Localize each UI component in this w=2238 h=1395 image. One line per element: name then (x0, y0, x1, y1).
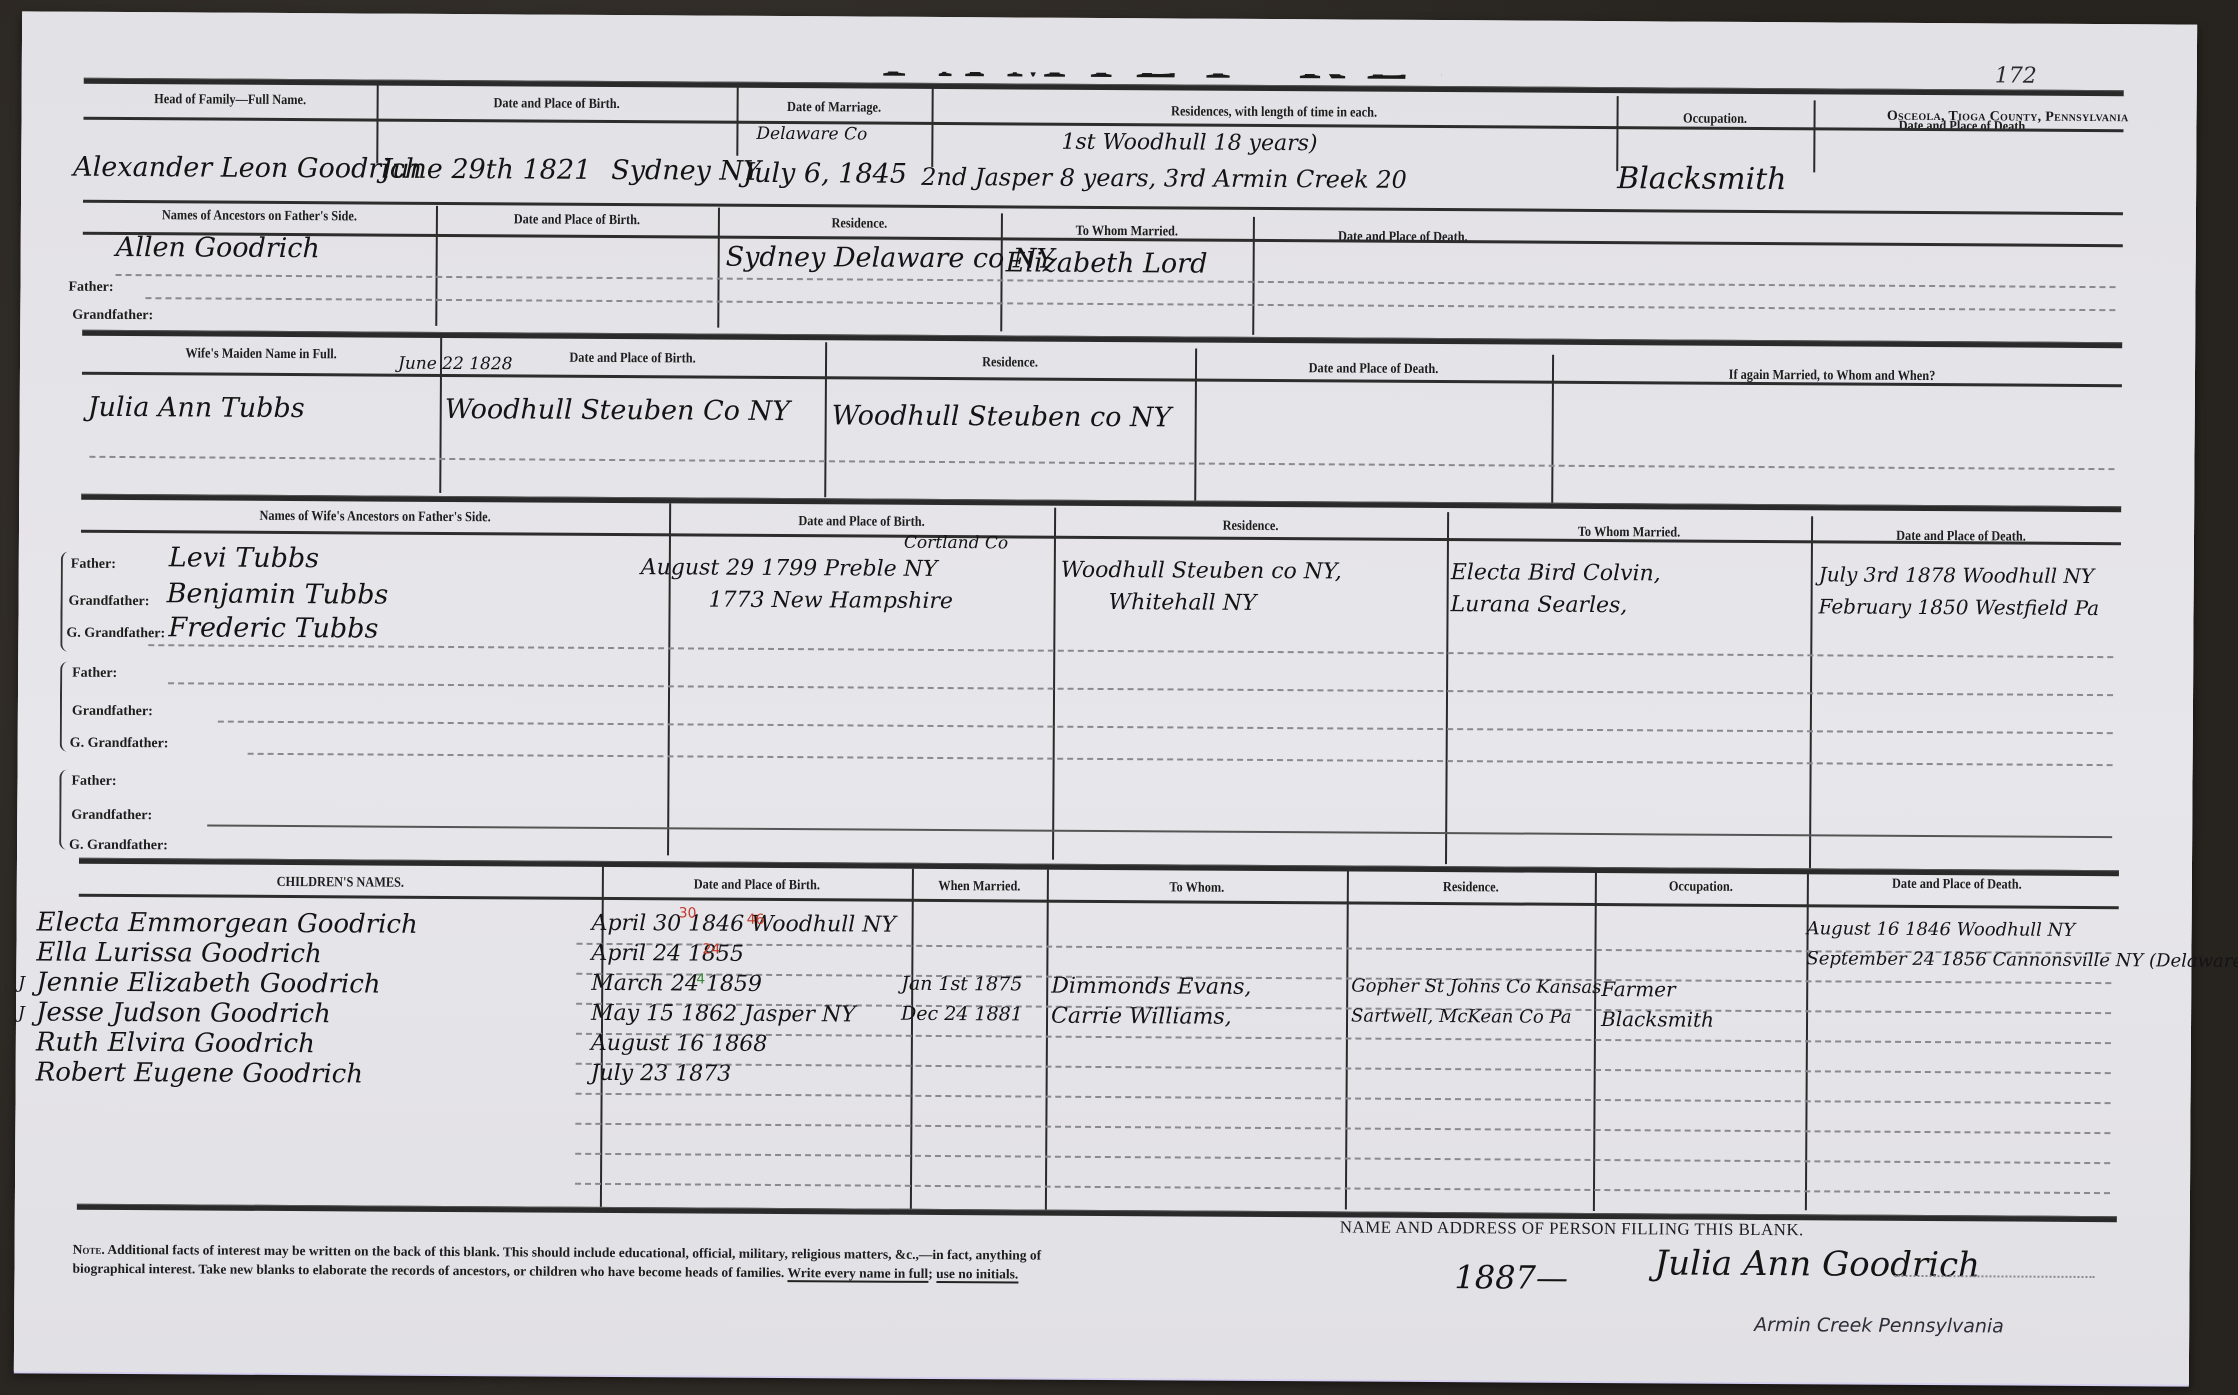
entry-line (575, 1153, 2110, 1164)
wife-grandfather-name: Benjamin Tubbs (167, 578, 389, 610)
head-marriage-value: July 6, 1845 (743, 158, 907, 190)
header-father-death: Date and Place of Death. (1271, 229, 1535, 247)
note-emphasis-2: use no initials. (936, 1266, 1018, 1284)
wife-father-name: Levi Tubbs (169, 542, 319, 574)
entry-line (89, 456, 2114, 470)
label-blank-ggrandfather-2: G. Grandfather: (69, 838, 168, 855)
rule (77, 1204, 2117, 1222)
child-mark: J (18, 1003, 25, 1023)
wife-birth-date-value: June 22 1828 (398, 354, 513, 375)
footer-note: Note. Additional facts of interest may b… (72, 1240, 1072, 1284)
entry-line (575, 1123, 2110, 1134)
red-correction: 46 (747, 912, 765, 928)
entry-line (576, 1033, 2111, 1044)
child-name: Ella Lurissa Goodrich (36, 937, 322, 969)
child-residence: Sartwell, McKean Co Pa (1351, 1006, 1572, 1028)
filler-label: NAME AND ADDRESS OF PERSON FILLING THIS … (1340, 1217, 1804, 1240)
child-birth: April 24 1855 (591, 941, 744, 967)
label-blank-ggrandfather: G. Grandfather: (70, 736, 169, 753)
wife-ggrandfather-name: Frederic Tubbs (168, 612, 378, 644)
head-birth-date-value: June 29th 1821 (381, 154, 591, 186)
header-children-married: When Married. (920, 879, 1039, 896)
child-occupation: Blacksmith (1601, 1007, 1714, 1032)
entry-line (575, 1183, 2110, 1194)
header-children-death: Date and Place of Death. (1825, 876, 2089, 894)
divider (1616, 96, 1618, 171)
header-wife-death: Date and Place of Death. (1216, 361, 1530, 379)
header-wife-birth: Date and Place of Birth. (463, 350, 802, 368)
child-name: Electa Emmorgean Goodrich (37, 907, 418, 939)
label-blank-grandfather: Grandfather: (72, 704, 153, 720)
header-head-name: Head of Family—Full Name. (101, 92, 359, 110)
header-father-residence: Residence. (735, 216, 984, 234)
child-to-whom: Dimmonds Evans, (1051, 974, 1251, 1000)
label-blank-father: Father: (72, 666, 117, 682)
wife-grandfather-birth: 1773 New Hampshire (709, 588, 954, 614)
green-correction: 4 (696, 972, 705, 988)
child-name: Jennie Elizabeth Goodrich (36, 967, 381, 999)
wife-father-death: July 3rd 1878 Woodhull NY (1819, 562, 2095, 588)
filler-name: Julia Ann Goodrich (1654, 1243, 1980, 1285)
child-married: Jan 1st 1875 (901, 973, 1022, 996)
child-name: Ruth Elvira Goodrich (36, 1027, 315, 1059)
child-death: August 16 1846 Woodhull NY (1807, 918, 2076, 941)
rule (79, 894, 2119, 909)
children-table: Electa Emmorgean GoodrichApril 30 1846 W… (22, 11, 2197, 24)
wife-grandfather-death: February 1850 Westfield Pa (1818, 594, 2099, 620)
red-correction: 30 (679, 905, 697, 921)
wife-grandfather-married: Lurana Searles, (1451, 592, 1628, 618)
divider (1252, 217, 1255, 335)
child-married: Dec 24 1881 (901, 1003, 1023, 1026)
rule (82, 330, 2122, 348)
child-residence: Gopher St Johns Co Kansas (1351, 976, 1601, 999)
child-birth: May 15 1862 Jasper NY (591, 1001, 856, 1028)
entry-line (148, 644, 2113, 658)
divider (1045, 870, 1049, 1210)
wife-father-married: Electa Bird Colvin, (1451, 560, 1661, 586)
child-birth: March 24 1859 (591, 971, 762, 997)
header-head-residences: Residences, with length of time in each. (973, 103, 1576, 123)
father-name-value: Allen Goodrich (116, 232, 320, 264)
child-birth: July 23 1873 (591, 1061, 732, 1087)
child-name: Robert Eugene Goodrich (36, 1057, 364, 1089)
divider (376, 84, 378, 164)
child-birth: April 30 1846 Woodhull NY (592, 911, 897, 938)
child-occupation: Farmer (1601, 977, 1676, 1001)
entry-line (248, 753, 2113, 766)
bracket (60, 662, 71, 752)
header-father-names: Names of Ancestors on Father's Side. (104, 208, 415, 226)
child-mark: J (18, 973, 25, 993)
divider (717, 208, 720, 328)
header-children-names: CHILDREN'S NAMES. (110, 874, 570, 893)
entry-line (576, 1063, 2111, 1074)
filler-address: Armin Creek Pennsylvania (1754, 1314, 2004, 1338)
divider (1194, 349, 1197, 504)
label-blank-father-2: Father: (71, 774, 116, 790)
header-head-birth: Date and Place of Birth. (398, 96, 715, 114)
label-grandfather: Grandfather: (72, 308, 153, 324)
family-record-sheet: FAMILY RECORD. 172 Osceola, Tioga County… (14, 11, 2197, 1384)
father-married-value: Elizabeth Lord (1006, 247, 1208, 279)
wife-name-value: Julia Ann Tubbs (88, 392, 305, 424)
entry-line (207, 825, 2112, 839)
label-wife-father: Father: (71, 557, 116, 573)
header-head-marriage: Date of Marriage. (748, 100, 920, 117)
red-correction: 24 (702, 942, 720, 958)
note-prefix: Note. (73, 1242, 105, 1257)
divider (1052, 508, 1056, 860)
wife-residence-value: Woodhull Steuben co NY (832, 400, 1172, 433)
label-blank-grandfather-2: Grandfather: (71, 808, 152, 824)
child-to-whom: Carrie Williams, (1051, 1004, 1232, 1030)
page-number: 172 (1995, 63, 2037, 88)
rule (79, 858, 2119, 876)
wife-father-birth: August 29 1799 Preble NY (641, 555, 938, 582)
entry-line (218, 721, 2113, 735)
divider (1551, 355, 1554, 508)
header-children-birth: Date and Place of Birth. (620, 877, 893, 895)
wife-birth-place-value: Woodhull Steuben Co NY (445, 394, 790, 427)
head-residence-line2: 2nd Jasper 8 years, 3rd Armin Creek 20 (921, 163, 1407, 194)
divider (1813, 100, 1815, 172)
filler-year: 1887— (1454, 1258, 1568, 1297)
wife-grandfather-residence: Whitehall NY (1109, 590, 1257, 616)
label-father: Father: (68, 280, 113, 296)
head-birth-place-note: Delaware Co (756, 124, 867, 145)
entry-line (168, 682, 2113, 696)
label-wife-ggrandfather: G. Grandfather: (66, 626, 165, 643)
wife-father-residence: Woodhull Steuben co NY, (1061, 558, 1342, 585)
entry-line (576, 973, 2111, 984)
header-children-residence: Residence. (1362, 880, 1580, 897)
child-birth: August 16 1868 (591, 1031, 768, 1057)
header-children-occupation: Occupation. (1608, 879, 1795, 896)
header-wife-anc-birth: Date and Place of Birth. (692, 513, 1031, 531)
entry-line (576, 1093, 2111, 1104)
child-name: Jesse Judson Goodrich (36, 997, 331, 1029)
head-occupation-value: Blacksmith (1617, 161, 1787, 197)
divider (910, 869, 914, 1209)
header-wife-anc-names: Names of Wife's Ancestors on Father's Si… (116, 508, 634, 527)
divider (931, 87, 933, 167)
head-residence-line1: 1st Woodhull 18 years) (1061, 130, 1317, 157)
bracket (59, 770, 69, 850)
header-children-to-whom: To Whom. (1065, 880, 1329, 898)
note-emphasis-1: Write every name in full (787, 1265, 928, 1283)
divider (824, 342, 827, 497)
head-name-value: Alexander Leon Goodrich (73, 152, 422, 185)
divider (435, 206, 438, 326)
header-wife-residence: Residence. (847, 354, 1173, 372)
head-birth-place-value: Sydney NY (611, 155, 761, 187)
entry-line (145, 297, 2115, 311)
header-father-birth: Date and Place of Birth. (453, 212, 701, 230)
header-wife-anc-residence: Residence. (1078, 518, 1424, 536)
divider (1445, 512, 1449, 864)
wife-father-birth-note: Cortland Co (904, 533, 1008, 554)
header-wife-name: Wife's Maiden Name in Full. (104, 346, 419, 364)
label-wife-grandfather: Grandfather: (69, 594, 150, 610)
child-death: September 24 1856 Cannonsville NY (Delaw… (1806, 948, 2238, 972)
